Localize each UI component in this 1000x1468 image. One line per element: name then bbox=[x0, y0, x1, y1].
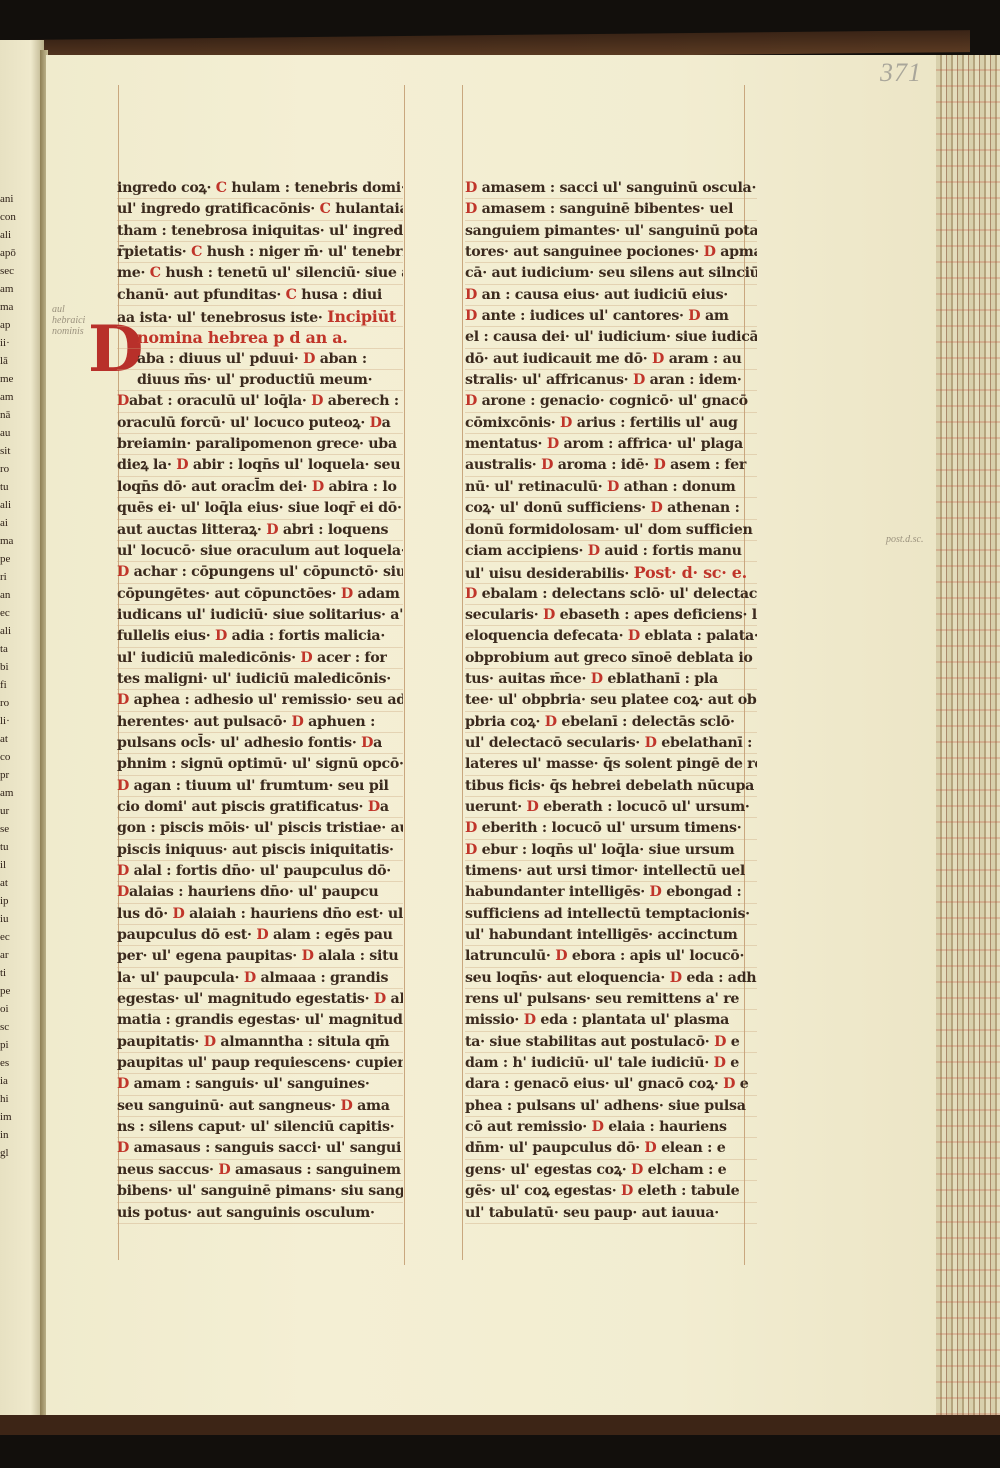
rubricated-initial: D bbox=[300, 650, 312, 666]
text-line: D ante : iudices ul' cantores· D am bbox=[465, 306, 757, 327]
text-line: ul' uisu desiderabilis· Post· d· sc· e. bbox=[465, 562, 757, 583]
text-segment: cā· aut iudicium· seu silens aut silnciū… bbox=[465, 265, 757, 281]
text-line: aut auctas litteraꝝ· D abri : loquens bbox=[117, 520, 403, 541]
text-segment: alal : fortis dn̄o· ul' paupculus dō· bbox=[129, 863, 391, 879]
text-line: tibus ficis· q̄s hebrei debelath nūcupa bbox=[465, 776, 757, 797]
text-segment: stralis· ul' affricanus· bbox=[465, 372, 633, 388]
text-segment: matia : grandis egestas· ul' magnitudo bbox=[117, 1012, 403, 1028]
text-segment: a bbox=[380, 799, 389, 815]
text-segment: iudicans ul' iudiciū· siue solitarius· a… bbox=[117, 607, 403, 623]
text-segment: tus· auitas m̄ce· bbox=[465, 671, 591, 687]
rubricated-initial: D bbox=[465, 586, 477, 602]
rubricated-initial: D bbox=[650, 500, 662, 516]
text-line: dieꝝ la· D abir : loqn̄s ul' loquela· se… bbox=[117, 455, 403, 476]
text-segment: abira : lo bbox=[324, 479, 397, 495]
rubricated-initial: D bbox=[204, 1034, 216, 1050]
rubricated-initial: D bbox=[117, 884, 129, 900]
text-segment: breiamin· paralipomenon grece· uba bbox=[117, 436, 397, 452]
text-segment: eda : adhe bbox=[682, 970, 757, 986]
rubricated-initial: C bbox=[216, 180, 227, 196]
text-line: habundanter intelligēs· D ebongad : bbox=[465, 882, 757, 903]
text-segment: tibus ficis· q̄s hebrei debelath nūcupa bbox=[465, 778, 754, 794]
rubricated-initial: D bbox=[465, 393, 477, 409]
text-line: D alal : fortis dn̄o· ul' paupculus dō· bbox=[117, 861, 403, 882]
text-segment: missio· bbox=[465, 1012, 524, 1028]
rubricated-initial: D bbox=[631, 1162, 643, 1178]
rubricated-initial: D bbox=[117, 778, 129, 794]
text-segment: athenan : bbox=[662, 500, 739, 516]
text-line: phnim : signū optimū· ul' signū opcō· bbox=[117, 754, 403, 775]
text-line: dara : genacō eius· ul' gnacō coꝝ· D e bbox=[465, 1074, 757, 1095]
rubricated-initial: D bbox=[653, 457, 665, 473]
text-segment: me· bbox=[117, 265, 150, 281]
text-segment: rens ul' pulsans· seu remittens a' re bbox=[465, 991, 739, 1007]
text-line: fullelis eius· D adia : fortis malicia· bbox=[117, 626, 403, 647]
text-segment: aba : diuus ul' pduui· bbox=[137, 351, 303, 367]
text-line: oraculū forcū· ul' locuco puteoꝝ· Da bbox=[117, 413, 403, 434]
text-segment: ns : silens caput· ul' silenciū capitis· bbox=[117, 1119, 394, 1135]
binding-bottom-edge bbox=[0, 1415, 1000, 1435]
folio-number: 371 bbox=[880, 58, 922, 88]
text-line: D amasem : sanguinē bibentes· uel bbox=[465, 199, 757, 220]
text-line: ta· siue stabilitas aut postulacō· D e bbox=[465, 1032, 757, 1053]
text-line: nomina hebrea p d an a. bbox=[117, 327, 403, 348]
text-segment: almanntha : situla qm̄ bbox=[216, 1034, 390, 1050]
text-segment: agan : tiuum ul' frumtum· seu pil bbox=[129, 778, 389, 794]
text-segment: donū formidolosam· ul' dom sufficien bbox=[465, 522, 753, 538]
text-line: D an : causa eius· aut iudiciū eius· bbox=[465, 285, 757, 306]
text-segment: hulantaia bbox=[331, 201, 403, 217]
text-segment: mentatus· bbox=[465, 436, 547, 452]
rubricated-initial: D bbox=[714, 1034, 726, 1050]
text-segment: a bbox=[382, 415, 391, 431]
text-line: D ebur : loqn̄s ul' loq̄la· siue ursum bbox=[465, 840, 757, 861]
rubricated-initial: D bbox=[650, 884, 662, 900]
text-line: aa ista· ul' tenebrosus iste· Incipiūt bbox=[117, 306, 403, 327]
text-segment: ul' uisu desiderabilis· bbox=[465, 566, 634, 582]
text-segment: ebalam : delectans sclō· ul' delectacō· bbox=[477, 586, 757, 602]
text-segment: eblata : palata· l' bbox=[640, 628, 757, 644]
text-segment: aphuen : bbox=[304, 714, 376, 730]
text-line: D achar : cōpungens ul' cōpunctō· siu bbox=[117, 562, 403, 583]
text-line: cio domi' aut piscis gratificatus· Da bbox=[117, 797, 403, 818]
rubricated-initial: C bbox=[191, 244, 202, 260]
text-segment: adia : fortis malicia· bbox=[227, 628, 385, 644]
text-line: mentatus· D arom : affrica· ul' plaga bbox=[465, 434, 757, 455]
text-line: sanguiem pimantes· ul' sanguinū pota bbox=[465, 221, 757, 242]
text-segment: ta· siue stabilitas aut postulacō· bbox=[465, 1034, 714, 1050]
rubricated-initial: D bbox=[560, 415, 572, 431]
text-line: seu loqn̄s· aut eloquencia· D eda : adhe bbox=[465, 968, 757, 989]
text-line: lateres ul' masse· q̄s solent pingē de r… bbox=[465, 754, 757, 775]
text-segment: pbria coꝝ· bbox=[465, 714, 545, 730]
text-segment: arone : genacio· cognicō· ul' gnacō bbox=[477, 393, 748, 409]
text-segment: aa ista· ul' tenebrosus iste· bbox=[117, 310, 327, 326]
text-line: missio· D eda : plantata ul' plasma bbox=[465, 1010, 757, 1031]
rubricated-initial: D bbox=[645, 735, 657, 751]
text-line: r̄pietatis· C hush : niger m̄· ul' teneb… bbox=[117, 242, 403, 263]
rubricated-initial: D bbox=[370, 415, 382, 431]
rubricated-initial: D bbox=[218, 1162, 230, 1178]
rubricated-initial: D bbox=[591, 671, 603, 687]
text-segment: e bbox=[726, 1034, 739, 1050]
text-line: coꝝ· ul' donū sufficiens· D athenan : bbox=[465, 498, 757, 519]
text-segment: amasaus : sanguinem bbox=[230, 1162, 400, 1178]
text-line: ul' delectacō secularis· D ebelathanī : bbox=[465, 733, 757, 754]
text-line: loqn̄s dō· aut oracl̄m dei· D abira : lo bbox=[117, 477, 403, 498]
rubricated-initial: D bbox=[341, 586, 353, 602]
text-line: secularis· D ebaseth : apes deficiens· l… bbox=[465, 605, 757, 626]
text-segment: eberith : locucō ul' ursum timens· bbox=[477, 820, 741, 836]
text-segment: paupitatis· bbox=[117, 1034, 204, 1050]
rubricated-initial: D bbox=[621, 1183, 633, 1199]
text-line: tus· auitas m̄ce· D eblathanī : pla bbox=[465, 669, 757, 690]
text-segment: dieꝝ la· bbox=[117, 457, 176, 473]
previous-page-edge: aniconaliapōsecammaapii·lāmeamnāausitrot… bbox=[0, 40, 44, 1430]
text-segment: aut auctas litteraꝝ· bbox=[117, 522, 266, 538]
rubricated-initial: D bbox=[311, 393, 323, 409]
rubricated-initial: Post· d· sc· e. bbox=[634, 563, 747, 582]
text-segment: ul' delectacō secularis· bbox=[465, 735, 645, 751]
text-segment: tes maligni· ul' iudiciū maledicōnis· bbox=[117, 671, 391, 687]
text-segment: athan : donum bbox=[619, 479, 735, 495]
text-line: D amasem : sacci ul' sanguinū oscula· bbox=[465, 178, 757, 199]
rubricated-initial: D bbox=[541, 457, 553, 473]
text-line: Dalaias : hauriens dn̄o· ul' paupcu bbox=[117, 882, 403, 903]
text-line: la· ul' paupcula· D almaaa : grandis bbox=[117, 968, 403, 989]
rubricated-initial: D bbox=[465, 201, 477, 217]
text-segment: piscis iniquus· aut piscis iniquitatis· bbox=[117, 842, 394, 858]
text-line: cā· aut iudicium· seu silens aut silnciū… bbox=[465, 263, 757, 284]
text-line: herentes· aut pulsacō· D aphuen : bbox=[117, 712, 403, 733]
text-segment: pulsans ocl̄s· ul' adhesio fontis· bbox=[117, 735, 361, 751]
text-segment: dam : h' iudiciū· ul' tale iudiciū· bbox=[465, 1055, 714, 1071]
text-segment: ebaseth : apes deficiens· l' bbox=[555, 607, 757, 623]
text-segment: an : causa eius· aut iudiciū eius· bbox=[477, 287, 728, 303]
text-line: ul' ingredo gratificacōnis· C hulantaia bbox=[117, 199, 403, 220]
text-line: nū· ul' retinaculū· D athan : donum bbox=[465, 477, 757, 498]
text-line: per· ul' egena paupitas· D alala : situ bbox=[117, 946, 403, 967]
text-segment: ante : iudices ul' cantores· bbox=[477, 308, 688, 324]
text-line: cōmixcōnis· D arius : fertilis ul' aug bbox=[465, 413, 757, 434]
rubricated-initial: D bbox=[176, 457, 188, 473]
text-line: paupitas ul' paup requiescens· cupiens· bbox=[117, 1053, 403, 1074]
text-line: matia : grandis egestas· ul' magnitudo bbox=[117, 1010, 403, 1031]
text-segment: ciam accipiens· bbox=[465, 543, 588, 559]
text-segment: bibens· ul' sanguinē pimans· siu sang bbox=[117, 1183, 403, 1199]
text-segment: eblathanī : pla bbox=[603, 671, 718, 687]
text-line: chanū· aut pfunditas· C husa : diui bbox=[117, 285, 403, 306]
text-segment: dara : genacō eius· ul' gnacō coꝝ· bbox=[465, 1076, 723, 1092]
text-line: egestas· ul' magnitudo egestatis· D al bbox=[117, 989, 403, 1010]
text-line: stralis· ul' affricanus· D aran : idem· bbox=[465, 370, 757, 391]
rubricated-initial: D bbox=[266, 522, 278, 538]
text-line: D arone : genacio· cognicō· ul' gnacō bbox=[465, 391, 757, 412]
rubricated-initial: D bbox=[292, 714, 304, 730]
rubricated-initial: D bbox=[543, 607, 555, 623]
text-segment: amasaus : sanguis sacci· ul' sangui bbox=[129, 1140, 401, 1156]
text-line: neus saccus· D amasaus : sanguinem bbox=[117, 1160, 403, 1181]
rubricated-initial: D bbox=[704, 244, 716, 260]
ruling-line bbox=[404, 85, 405, 1265]
text-segment: aban : bbox=[315, 351, 367, 367]
text-line: D eberith : locucō ul' ursum timens· bbox=[465, 818, 757, 839]
rubricated-initial: D bbox=[588, 543, 600, 559]
text-segment: lus dō· bbox=[117, 906, 173, 922]
text-segment: el : causa dei· ul' iudicium· siue iudic… bbox=[465, 329, 757, 345]
rubricated-initial: D bbox=[688, 308, 700, 324]
text-segment: ingredo coꝝ· bbox=[117, 180, 216, 196]
text-segment: elean : e bbox=[656, 1140, 725, 1156]
text-segment: elaia : hauriens bbox=[604, 1119, 727, 1135]
text-segment: ebur : loqn̄s ul' loq̄la· siue ursum bbox=[477, 842, 734, 858]
text-segment: coꝝ· ul' donū sufficiens· bbox=[465, 500, 650, 516]
margin-note-right: post.d.sc. bbox=[886, 534, 924, 545]
text-segment: seu loqn̄s· aut eloquencia· bbox=[465, 970, 670, 986]
text-segment: paupitas ul' paup requiescens· cupiens· bbox=[117, 1055, 403, 1071]
text-segment: loqn̄s dō· aut oracl̄m dei· bbox=[117, 479, 312, 495]
text-segment: ebongad : bbox=[662, 884, 742, 900]
text-segment: herentes· aut pulsacō· bbox=[117, 714, 292, 730]
text-line: tham : tenebrosa iniquitas· ul' ingredo bbox=[117, 221, 403, 242]
text-line: dō· aut iudicauit me dō· D aram : au bbox=[465, 349, 757, 370]
text-segment: habundanter intelligēs· bbox=[465, 884, 650, 900]
text-segment: ebora : apis ul' locucō· bbox=[567, 948, 744, 964]
text-segment: achar : cōpungens ul' cōpunctō· siu bbox=[129, 564, 403, 580]
rubricated-initial: Incipiūt bbox=[327, 307, 396, 326]
text-segment: a bbox=[373, 735, 382, 751]
text-line: australis· D aroma : idē· D asem : fer bbox=[465, 455, 757, 476]
text-line: gon : piscis mōis· ul' piscis tristiae· … bbox=[117, 818, 403, 839]
text-line: lus dō· D alaiah : hauriens dn̄o est· ul… bbox=[117, 904, 403, 925]
text-line: gēs· ul' coꝝ egestas· D eleth : tabule bbox=[465, 1181, 757, 1202]
rubricated-initial: nomina hebrea p d an a. bbox=[137, 328, 348, 347]
text-segment: dō· aut iudicauit me dō· bbox=[465, 351, 652, 367]
text-line: gens· ul' egestas coꝝ· D elcham : e bbox=[465, 1160, 757, 1181]
rubricated-initial: D bbox=[723, 1076, 735, 1092]
rubricated-initial: D bbox=[312, 479, 324, 495]
rubricated-initial: D bbox=[652, 351, 664, 367]
text-segment: arius : fertilis ul' aug bbox=[572, 415, 738, 431]
text-segment: abir : loqn̄s ul' loquela· seu bbox=[188, 457, 400, 473]
text-segment: phnim : signū optimū· ul' signū opcō· bbox=[117, 756, 403, 772]
text-segment: cōpungētes· aut cōpunctōes· bbox=[117, 586, 341, 602]
text-segment: cōmixcōnis· bbox=[465, 415, 560, 431]
text-line: D aphea : adhesio ul' remissio· seu ad bbox=[117, 690, 403, 711]
rubricated-initial: D bbox=[628, 628, 640, 644]
rubricated-initial: D bbox=[117, 863, 129, 879]
text-line: ul' tabulatū· seu paup· aut iauua· bbox=[465, 1203, 757, 1224]
text-segment: almaaa : grandis bbox=[256, 970, 388, 986]
text-line: donū formidolosam· ul' dom sufficien bbox=[465, 520, 757, 541]
text-line: phea : pulsans ul' adhens· siue pulsa bbox=[465, 1096, 757, 1117]
text-segment: ul' iudiciū maledicōnis· bbox=[117, 650, 300, 666]
text-line: tes maligni· ul' iudiciū maledicōnis· bbox=[117, 669, 403, 690]
text-column-right: D amasem : sacci ul' sanguinū oscula·D a… bbox=[465, 178, 757, 1224]
text-line: D amam : sanguis· ul' sanguines· bbox=[117, 1074, 403, 1095]
text-line: bibens· ul' sanguinē pimans· siu sang bbox=[117, 1181, 403, 1202]
text-line: ns : silens caput· ul' silenciū capitis· bbox=[117, 1117, 403, 1138]
text-segment: al bbox=[386, 991, 403, 1007]
text-line: cō aut remissio· D elaia : hauriens bbox=[465, 1117, 757, 1138]
rubricated-initial: D bbox=[670, 970, 682, 986]
text-segment: elcham : e bbox=[643, 1162, 726, 1178]
text-segment: obprobium aut greco sīnoē deblata io bbox=[465, 650, 753, 666]
rubricated-initial: D bbox=[256, 927, 268, 943]
text-segment: aphea : adhesio ul' remissio· seu ad bbox=[129, 692, 403, 708]
rubricated-initial: D bbox=[524, 1012, 536, 1028]
text-line: me· C hush : tenetū ul' silenciū· siue a… bbox=[117, 263, 403, 284]
rubricated-initial: D bbox=[526, 799, 538, 815]
rubricated-initial: D bbox=[555, 948, 567, 964]
text-line: pbria coꝝ· D ebelanī : delectās sclō· bbox=[465, 712, 757, 733]
fore-edge-leaves bbox=[936, 55, 1000, 1420]
text-segment: ul' ingredo gratificacōnis· bbox=[117, 201, 320, 217]
text-segment: amasem : sanguinē bibentes· uel bbox=[477, 201, 733, 217]
text-line: D agan : tiuum ul' frumtum· seu pil bbox=[117, 776, 403, 797]
text-segment: cō aut remissio· bbox=[465, 1119, 592, 1135]
text-segment: neus saccus· bbox=[117, 1162, 218, 1178]
ruling-line bbox=[462, 85, 463, 1260]
text-segment: aroma : idē· bbox=[553, 457, 653, 473]
text-segment: alaiah : hauriens dn̄o est· ul' bbox=[185, 906, 403, 922]
text-segment: uis potus· aut sanguinis osculum· bbox=[117, 1205, 375, 1221]
text-segment: gens· ul' egestas coꝝ· bbox=[465, 1162, 631, 1178]
rubricated-initial: D bbox=[714, 1055, 726, 1071]
text-segment: gēs· ul' coꝝ egestas· bbox=[465, 1183, 621, 1199]
rubricated-initial: D bbox=[117, 692, 129, 708]
text-segment: gon : piscis mōis· ul' piscis tristiae· … bbox=[117, 820, 403, 836]
text-segment: ama bbox=[352, 1098, 389, 1114]
rubricated-initial: D bbox=[173, 906, 185, 922]
rubricated-initial: C bbox=[320, 201, 331, 217]
text-line: ingredo coꝝ· C hulam : tenebris domi· bbox=[117, 178, 403, 199]
text-segment: aberech : bbox=[323, 393, 399, 409]
text-segment: tham : tenebrosa iniquitas· ul' ingredo bbox=[117, 223, 403, 239]
text-line: ul' habundant intelligēs· accinctum bbox=[465, 925, 757, 946]
text-segment: la· ul' paupcula· bbox=[117, 970, 244, 986]
text-segment: paupculus dō est· bbox=[117, 927, 256, 943]
text-segment: lateres ul' masse· q̄s solent pingē de r… bbox=[465, 756, 757, 772]
text-segment: abat : oraculū ul' loq̄la· bbox=[129, 393, 311, 409]
text-line: pulsans ocl̄s· ul' adhesio fontis· Da bbox=[117, 733, 403, 754]
text-segment: arom : affrica· ul' plaga bbox=[559, 436, 743, 452]
text-line: el : causa dei· ul' iudicium· siue iudic… bbox=[465, 327, 757, 348]
text-line: breiamin· paralipomenon grece· uba bbox=[117, 434, 403, 455]
text-line: Dabat : oraculū ul' loq̄la· D aberech : bbox=[117, 391, 403, 412]
text-line: rens ul' pulsans· seu remittens a' re bbox=[465, 989, 757, 1010]
rubricated-initial: D bbox=[547, 436, 559, 452]
text-line: dam : h' iudiciū· ul' tale iudiciū· D e bbox=[465, 1053, 757, 1074]
text-segment: ul' tabulatū· seu paup· aut iauua· bbox=[465, 1205, 719, 1221]
text-column-left: ingredo coꝝ· C hulam : tenebris domi·ul'… bbox=[117, 178, 403, 1224]
rubricated-initial: D bbox=[465, 180, 477, 196]
text-line: latrunculū· D ebora : apis ul' locucō· bbox=[465, 946, 757, 967]
text-line: D amasaus : sanguis sacci· ul' sangui bbox=[117, 1138, 403, 1159]
text-segment: hush : niger m̄· ul' tenebris bbox=[202, 244, 403, 260]
text-segment: egestas· ul' magnitudo egestatis· bbox=[117, 991, 374, 1007]
text-line: paupculus dō est· D alam : egēs pau bbox=[117, 925, 403, 946]
rubricated-initial: D bbox=[465, 820, 477, 836]
text-segment: aram : au bbox=[664, 351, 741, 367]
text-segment: diuus m̄s· ul' productiū meum· bbox=[137, 372, 372, 388]
rubricated-initial: D bbox=[545, 714, 557, 730]
rubricated-initial: D bbox=[215, 628, 227, 644]
text-segment: seu sanguinū· aut sangneus· bbox=[117, 1098, 340, 1114]
text-line: seu sanguinū· aut sangneus· D ama bbox=[117, 1096, 403, 1117]
text-line: uis potus· aut sanguinis osculum· bbox=[117, 1203, 403, 1224]
text-segment: dn̄m· ul' paupculus dō· bbox=[465, 1140, 644, 1156]
rubricated-initial: D bbox=[465, 842, 477, 858]
text-segment: sufficiens ad intellectū temptacionis· bbox=[465, 906, 750, 922]
text-segment: am bbox=[700, 308, 728, 324]
text-segment: acer : for bbox=[312, 650, 386, 666]
text-segment: amasem : sacci ul' sanguinū oscula· bbox=[477, 180, 756, 196]
text-line: quēs ei· ul' loq̄la eius· siue loqr̄ ei … bbox=[117, 498, 403, 519]
text-segment: ul' locucō· siue oraculum aut loquela· bbox=[117, 543, 403, 559]
text-line: ul' iudiciū maledicōnis· D acer : for bbox=[117, 648, 403, 669]
text-segment: quēs ei· ul' loq̄la eius· siue loqr̄ ei … bbox=[117, 500, 402, 516]
text-segment: eleth : tabule bbox=[633, 1183, 739, 1199]
text-segment: oraculū forcū· ul' locuco puteoꝝ· bbox=[117, 415, 370, 431]
text-segment: ebelanī : delectās sclō· bbox=[557, 714, 735, 730]
text-segment: alala : situ bbox=[314, 948, 399, 964]
text-segment: sanguiem pimantes· ul' sanguinū pota bbox=[465, 223, 757, 239]
text-segment: eberath : locucō ul' ursum· bbox=[539, 799, 750, 815]
text-line: D ebalam : delectans sclō· ul' delectacō… bbox=[465, 584, 757, 605]
text-line: iudicans ul' iudiciū· siue solitarius· a… bbox=[117, 605, 403, 626]
text-segment: phea : pulsans ul' adhens· siue pulsa bbox=[465, 1098, 746, 1114]
text-segment: tores· aut sanguinee pociones· bbox=[465, 244, 704, 260]
text-line: obprobium aut greco sīnoē deblata io bbox=[465, 648, 757, 669]
rubricated-initial: D bbox=[117, 393, 129, 409]
text-segment: hush : tenetū ul' silenciū· siue ar bbox=[161, 265, 403, 281]
text-segment: ul' habundant intelligēs· accinctum bbox=[465, 927, 737, 943]
text-segment: per· ul' egena paupitas· bbox=[117, 948, 302, 964]
text-segment: aran : idem· bbox=[645, 372, 742, 388]
text-segment: eloquencia defecata· bbox=[465, 628, 628, 644]
text-segment: secularis· bbox=[465, 607, 543, 623]
text-segment: latrunculū· bbox=[465, 948, 555, 964]
rubricated-initial: D bbox=[633, 372, 645, 388]
rubricated-initial: D bbox=[592, 1119, 604, 1135]
rubricated-initial: D bbox=[117, 1140, 129, 1156]
text-segment: adam : bbox=[353, 586, 403, 602]
text-line: ciam accipiens· D auid : fortis manu bbox=[465, 541, 757, 562]
rubricated-initial: D bbox=[368, 799, 380, 815]
rubricated-initial: D bbox=[302, 948, 314, 964]
text-line: tee· ul' obpbria· seu platee coꝝ· aut ob bbox=[465, 690, 757, 711]
text-line: sufficiens ad intellectū temptacionis· bbox=[465, 904, 757, 925]
text-segment: timens· aut ursi timor· intellectū uel bbox=[465, 863, 745, 879]
text-segment: uerunt· bbox=[465, 799, 526, 815]
text-line: aba : diuus ul' pduui· D aban : bbox=[117, 349, 403, 370]
text-segment: amam : sanguis· ul' sanguines· bbox=[129, 1076, 370, 1092]
text-line: piscis iniquus· aut piscis iniquitatis· bbox=[117, 840, 403, 861]
rubricated-initial: D bbox=[340, 1098, 352, 1114]
text-segment: r̄pietatis· bbox=[117, 244, 191, 260]
rubricated-initial: D bbox=[644, 1140, 656, 1156]
rubricated-initial: C bbox=[286, 287, 297, 303]
rubricated-initial: D bbox=[244, 970, 256, 986]
text-segment: husa : diui bbox=[297, 287, 382, 303]
text-segment: abri : loquens bbox=[278, 522, 388, 538]
text-segment: cio domi' aut piscis gratificatus· bbox=[117, 799, 368, 815]
previous-page-text-fragment: aniconaliapōsecammaapii·lāmeamnāausitrot… bbox=[0, 190, 34, 1162]
text-segment: australis· bbox=[465, 457, 541, 473]
text-line: timens· aut ursi timor· intellectū uel bbox=[465, 861, 757, 882]
rubricated-initial: C bbox=[150, 265, 161, 281]
